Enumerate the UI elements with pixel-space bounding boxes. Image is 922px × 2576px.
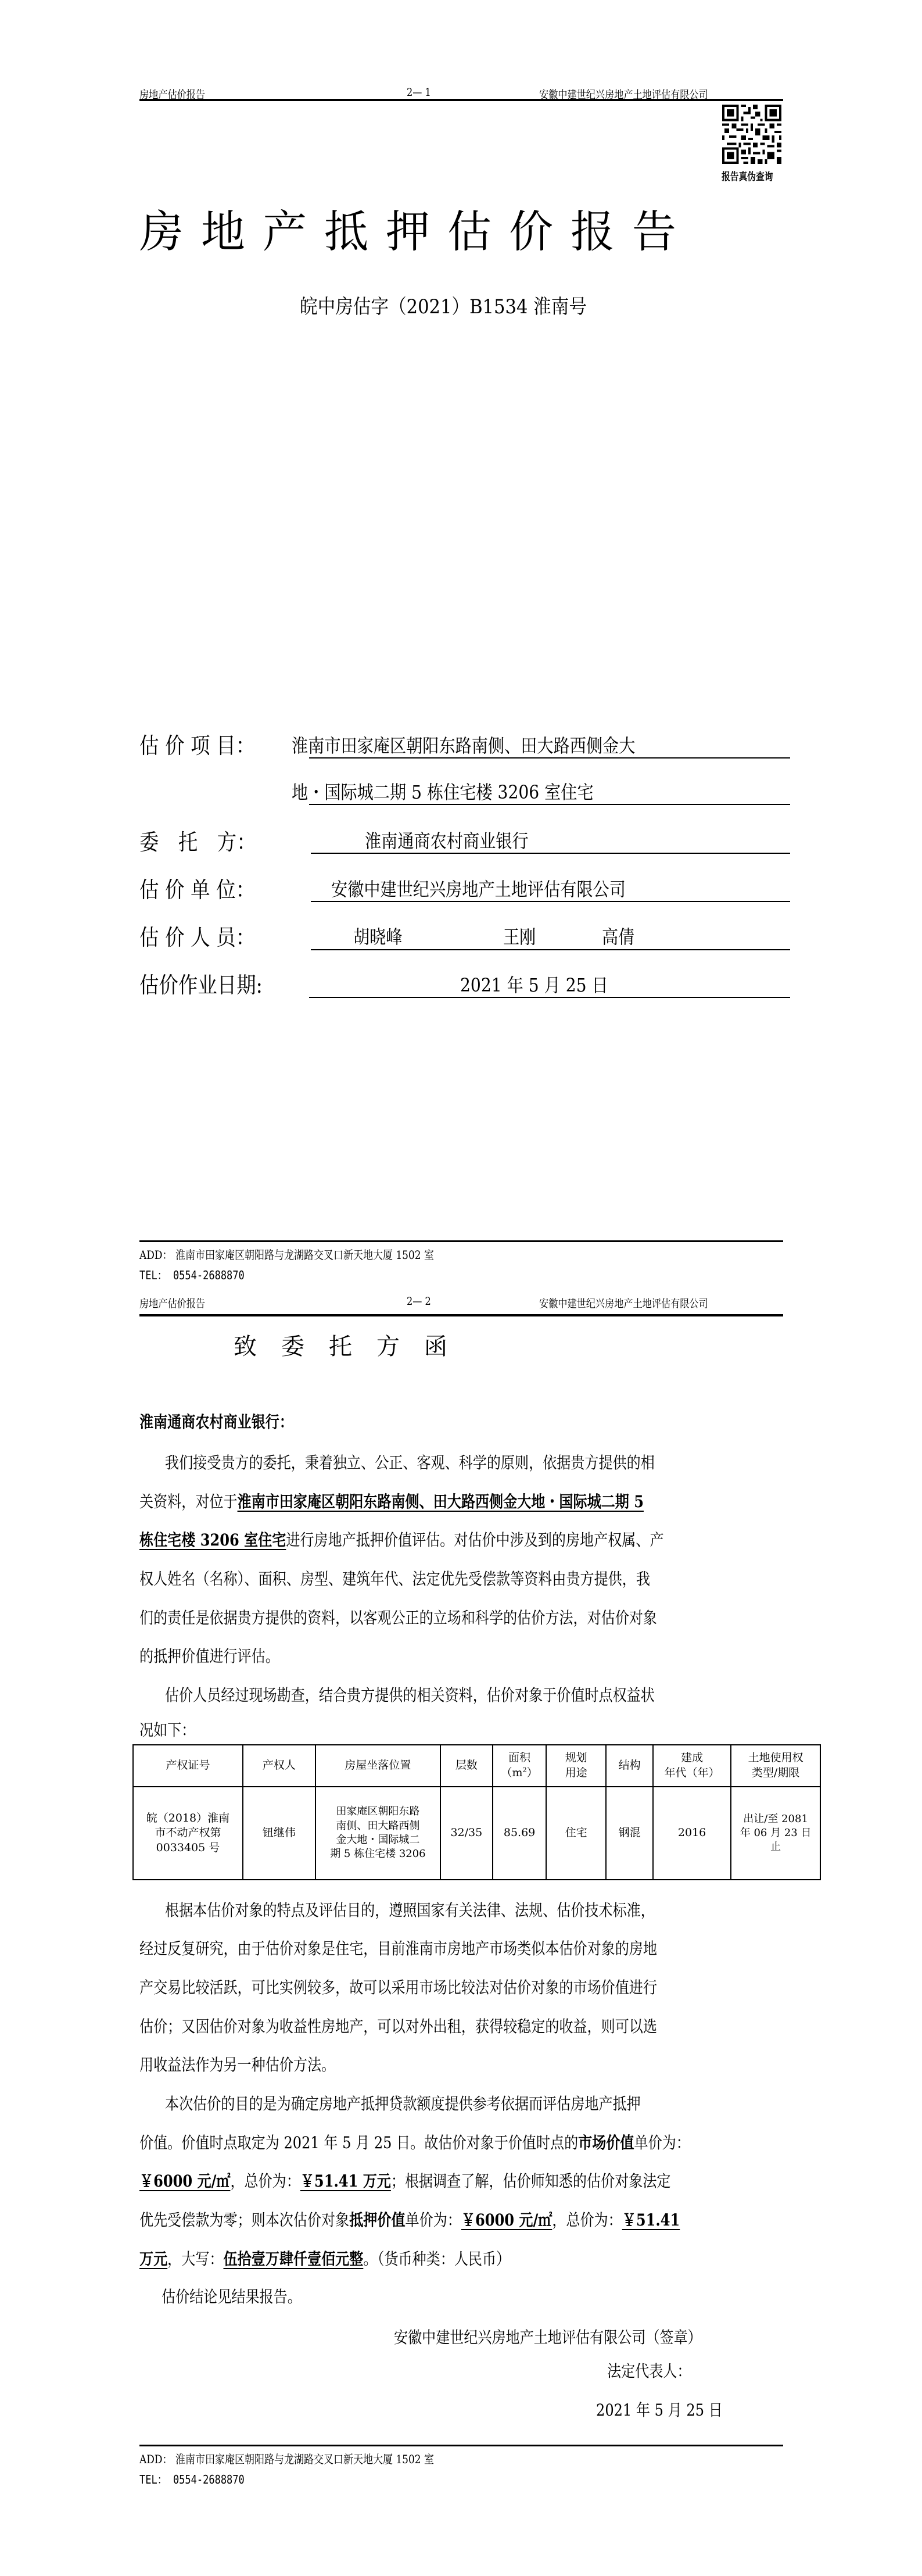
staff-3: 高倩 xyxy=(602,922,634,949)
para2-line2: 况如下： xyxy=(139,1718,195,1741)
date-underline xyxy=(309,997,790,998)
market-unit-price: ￥6000 元/㎡ xyxy=(139,2171,230,2191)
date-text: 2021 年 5 月 25 日 xyxy=(460,971,608,997)
para1-line6: 的抵押价值进行评估。 xyxy=(139,1644,279,1667)
footer-rule xyxy=(139,1240,783,1242)
project-underline-2 xyxy=(309,804,790,805)
unit-underline xyxy=(311,901,790,902)
para2-line1: 估价人员经过现场勘查，结合贵方提供的相关资料，估价对象于价值时点权益状 xyxy=(165,1683,655,1706)
para1-line2: 关资料，对位于淮南市田家庵区朝阳东路南侧、田大路西侧金大地・国际城二期 5 xyxy=(139,1489,644,1512)
para4-line2: 价值。价值时点取定为 2021 年 5 月 25 日。故估价对象于价值时点的市场… xyxy=(139,2130,690,2153)
cell-land: 出让/至 2081年 06 月 23 日止 xyxy=(731,1787,820,1880)
cell-area: 85.69 xyxy=(493,1787,547,1880)
para3-line2: 经过反复研究，由于估价对象是住宅，目前淮南市房地产市场类似本估价对象的房地 xyxy=(139,1936,657,1959)
unit-label: 估 价 单 位： xyxy=(139,872,255,904)
para4-line1: 本次估价的目的是为确定房地产抵押贷款额度提供参考依据而评估房地产抵押 xyxy=(165,2091,641,2115)
th-land: 土地使用权类型/期限 xyxy=(731,1745,820,1787)
legal-representative: 法定代表人： xyxy=(607,2359,691,2382)
qr-code-icon[interactable] xyxy=(722,103,781,166)
mortgage-unit-price: ￥6000 元/㎡ xyxy=(461,2210,552,2230)
cell-floors: 32/35 xyxy=(440,1787,493,1880)
th-area: 面积（m2） xyxy=(493,1745,547,1787)
header-page-number: 2— 2 xyxy=(407,1295,431,1308)
property-table: 产权证号 产权人 房屋坐落位置 层数 面积（m2） 规划用途 结构 建成年代（年… xyxy=(132,1744,821,1880)
amount-in-words: 伍拾壹万肆仟壹佰元整 xyxy=(224,2249,364,2269)
para4-line5: 万元，大写：伍拾壹万肆仟壹佰元整。（货币种类：人民币） xyxy=(139,2246,510,2270)
table-row: 皖（2018）淮南市不动产权第0033405 号 钮继伟 田家庵区朝阳东路南侧、… xyxy=(133,1787,820,1880)
footer-address: ADD： 淮南市田家庵区朝阳路与龙湖路交叉口新天地大厦 1502 室 xyxy=(139,2450,434,2467)
client-value: 淮南通商农村商业银行 xyxy=(365,827,529,853)
footer-tel: TEL： 0554-2688870 xyxy=(139,2470,245,2487)
th-owner: 产权人 xyxy=(243,1745,315,1787)
mortgage-total-price: ￥51.41 xyxy=(622,2210,680,2230)
para1-text: 关资料，对位于 xyxy=(139,1492,238,1511)
mortgage-total-unit: 万元 xyxy=(139,2249,167,2269)
report-number: 皖中房估字（2021）B1534 淮南号 xyxy=(300,291,587,319)
header-rule xyxy=(139,1314,783,1316)
project-value-line1: 淮南市田家庵区朝阳东路南侧、田大路西侧金大 xyxy=(292,731,635,758)
footer-tel: TEL： 0554-2688870 xyxy=(139,1266,245,1283)
para1-line3: 栋住宅楼 3206 室住宅进行房地产抵押价值评估。对估价中涉及到的房地产权属、产 xyxy=(139,1527,664,1551)
table-header-row: 产权证号 产权人 房屋坐落位置 层数 面积（m2） 规划用途 结构 建成年代（年… xyxy=(133,1745,820,1787)
project-label: 估 价 项 目： xyxy=(139,728,255,760)
unit-value: 安徽中建世纪兴房地产土地评估有限公司 xyxy=(331,875,626,901)
cell-structure: 钢混 xyxy=(606,1787,653,1880)
report-title: 房地产抵押估价报告 xyxy=(139,196,694,260)
market-value-label: 市场价值 xyxy=(578,2133,634,2152)
th-use: 规划用途 xyxy=(546,1745,606,1787)
para3-line1: 根据本估价对象的特点及评估目的，遵照国家有关法律、法规、估价技术标准， xyxy=(165,1898,655,1921)
cell-owner: 钮继伟 xyxy=(243,1787,315,1880)
header-company: 安徽中建世纪兴房地产土地评估有限公司 xyxy=(539,1295,708,1311)
footer-rule xyxy=(139,2445,783,2446)
para4-line4: 优先受偿款为零；则本次估价对象抵押价值单价为：￥6000 元/㎡，总价为：￥51… xyxy=(139,2208,680,2231)
header-left: 房地产估价报告 xyxy=(139,1295,205,1311)
para1-text: 进行房地产抵押价值评估。对估价中涉及到的房地产权属、产 xyxy=(286,1530,663,1550)
market-total-price: ￥51.41 万元 xyxy=(300,2171,391,2191)
project-value-line2: 地・国际城二期 5 栋住宅楼 3206 室住宅 xyxy=(292,778,594,804)
para1-line1: 我们接受贵方的委托，秉着独立、公正、客观、科学的原则，依据贵方提供的相 xyxy=(165,1450,655,1473)
qr-caption: 报告真伪查询 xyxy=(722,169,773,184)
para4-line3: ￥6000 元/㎡，总价为：￥51.41 万元；根据调查了解，估价师知悉的估价对… xyxy=(139,2169,671,2192)
para1-line4: 权人姓名（名称）、面积、房型、建筑年代、法定优先受偿款等资料由贵方提供，我 xyxy=(139,1566,650,1590)
staff-label: 估 价 人 员： xyxy=(139,920,255,951)
cell-built: 2016 xyxy=(653,1787,731,1880)
th-cert: 产权证号 xyxy=(133,1745,243,1787)
th-structure: 结构 xyxy=(606,1745,653,1787)
client-label: 委 托 方： xyxy=(139,824,256,856)
property-address-highlight: 栋住宅楼 3206 室住宅 xyxy=(139,1530,286,1550)
client-underline xyxy=(311,853,790,854)
conclusion: 估价结论见结果报告。 xyxy=(162,2284,302,2307)
mortgage-value-label: 抵押价值 xyxy=(349,2210,405,2230)
para3-line3: 产交易比较活跃，可比实例较多，故可以采用市场比较法对估价对象的市场价值进行 xyxy=(139,1975,657,1998)
signature-company: 安徽中建世纪兴房地产土地评估有限公司（签章） xyxy=(394,2325,702,2348)
header-rule xyxy=(139,99,783,101)
staff-1: 胡晓峰 xyxy=(353,922,402,949)
para3-line5: 用收益法作为另一种估价方法。 xyxy=(139,2052,335,2076)
project-underline-1 xyxy=(309,757,790,759)
signature-date: 2021 年 5 月 25 日 xyxy=(596,2398,723,2421)
staff-2: 王刚 xyxy=(503,922,536,949)
th-built: 建成年代（年） xyxy=(653,1745,731,1787)
cell-location: 田家庵区朝阳东路南侧、田大路西侧金大地・国际城二期 5 栋住宅楼 3206 xyxy=(315,1787,440,1880)
footer-address: ADD： 淮南市田家庵区朝阳路与龙湖路交叉口新天地大厦 1502 室 xyxy=(139,1246,434,1262)
th-location: 房屋坐落位置 xyxy=(315,1745,440,1787)
cell-cert: 皖（2018）淮南市不动产权第0033405 号 xyxy=(133,1787,243,1880)
header-page-number: 2— 1 xyxy=(407,86,431,99)
property-address-highlight: 淮南市田家庵区朝阳东路南侧、田大路西侧金大地・国际城二期 5 xyxy=(238,1492,644,1511)
cell-use: 住宅 xyxy=(546,1787,606,1880)
th-floors: 层数 xyxy=(440,1745,493,1787)
para3-line4: 估价；又因估价对象为收益性房地产，可以对外出租，获得较稳定的收益，则可以选 xyxy=(139,2014,657,2037)
staff-underline xyxy=(311,949,790,950)
para1-line5: 们的责任是依据贵方提供的资料，以客观公正的立场和科学的估价方法，对估价对象 xyxy=(139,1605,657,1629)
addressee: 淮南通商农村商业银行： xyxy=(139,1409,293,1433)
letter-title: 致委托方函 xyxy=(234,1328,472,1361)
date-label: 估价作业日期: xyxy=(139,967,263,999)
